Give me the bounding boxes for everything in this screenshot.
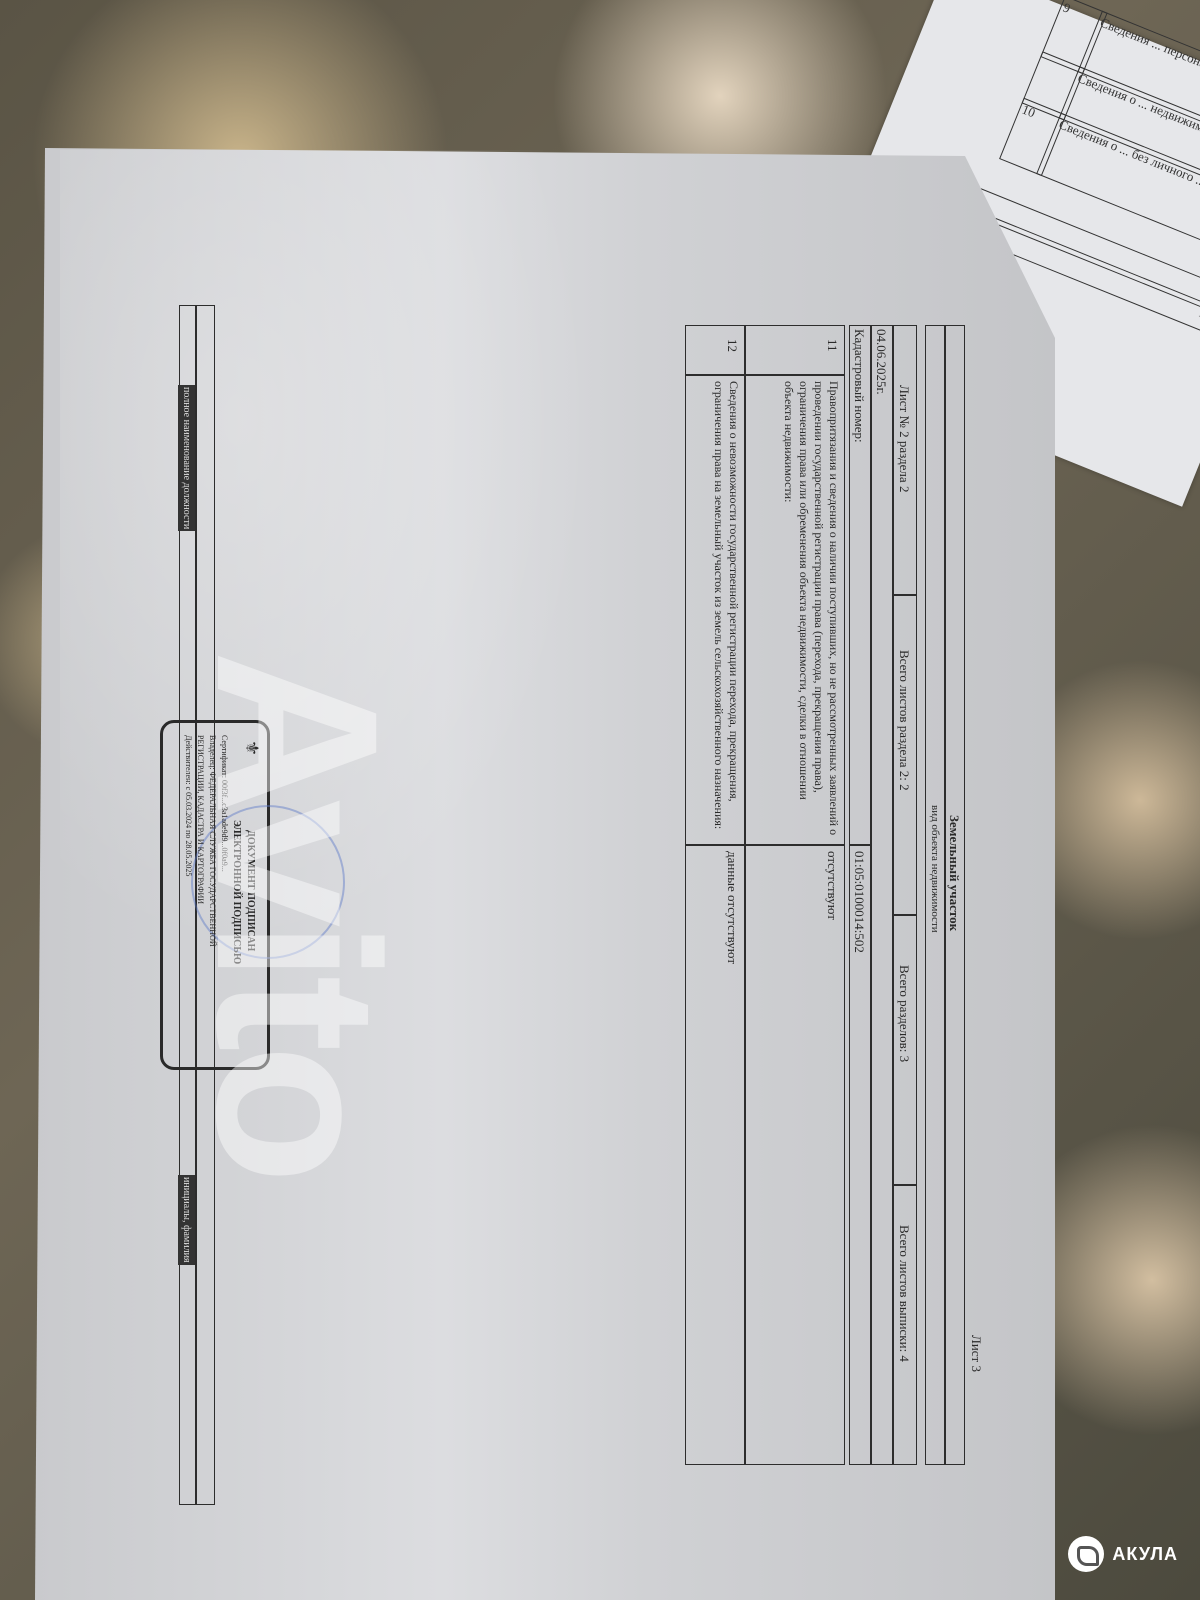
brand-name: АКУЛА [1112,1544,1178,1565]
row-11-value: отсутствуют [824,851,841,920]
initials-caption: инициалы, фамилия [178,1175,195,1265]
row-11-value-cell [745,845,845,1465]
total-sections: Всего разделов: 3 [896,965,913,1062]
object-type-caption: вид объекта недвижимости [926,805,943,933]
object-type: Земельный участок [946,815,963,931]
akula-brand: АКУЛА [1068,1536,1178,1572]
sheet-label: Лист 3 [968,1335,985,1372]
total-sheets-extract: Всего листов выписки: 4 [896,1225,913,1362]
row-12-label: Сведения о невозможности государственной… [711,381,741,839]
cadastral-number: 01:05:0100014:502 [851,851,868,953]
row-12-num: 12 [724,339,741,352]
cadastral-label: Кадастровый номер: [851,329,868,443]
avito-watermark: Avito [165,650,430,1176]
total-sheets-section: Всего листов раздела 2: 2 [896,650,913,791]
date-row [871,325,893,1465]
sheet-of-section: Лист № 2 раздела 2 [896,385,913,492]
date: 04.06.2025г. [873,329,890,395]
row-11-num: 11 [824,339,841,352]
position-caption: полное наименование должности [178,385,195,531]
row-12-value: данные отсутствуют [724,851,741,964]
row-11-label: Правопритязания и сведения о наличии пос… [781,381,841,839]
shark-logo-icon [1068,1536,1104,1572]
